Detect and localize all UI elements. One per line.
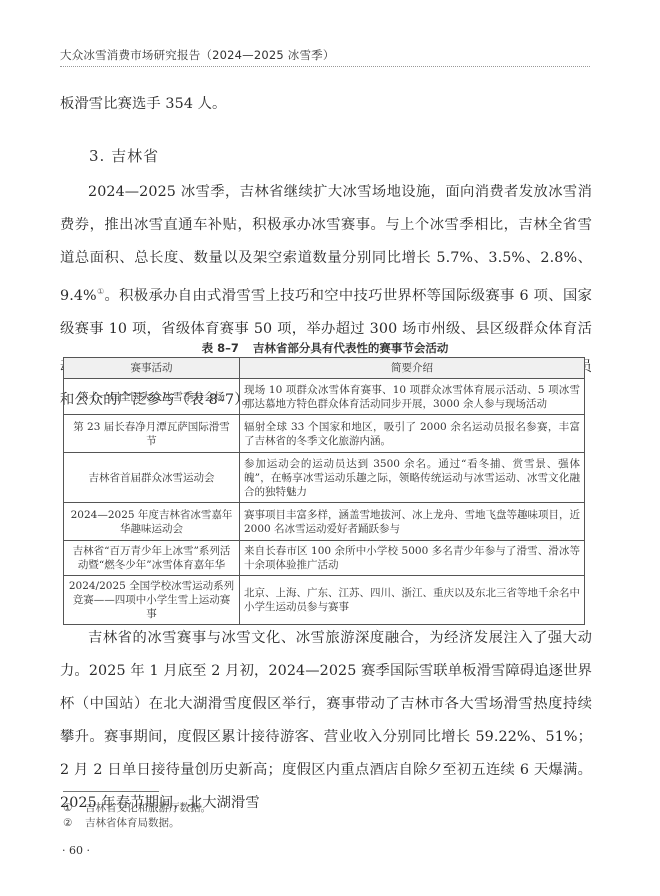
- column-header-description: 简要介绍: [240, 358, 585, 379]
- event-name: 第 23 届长春净月潭瓦萨国际滑雪节: [64, 415, 240, 453]
- event-name: 2024—2025 年度吉林省冰雪嘉年华趣味运动会: [64, 503, 240, 541]
- column-header-event: 赛事活动: [64, 358, 240, 379]
- footnote-mark: ②: [63, 817, 85, 829]
- header-divider: [60, 66, 590, 67]
- event-description: 现场 10 项群众冰雪体育赛事、10 项群众冰雪体育展示活动、5 项冰雪那达慕地…: [240, 379, 585, 415]
- paragraph-continuation: 板滑雪比赛选手 354 人。: [60, 88, 592, 121]
- table-row: 第十一届全国大众冰雪季分会场 现场 10 项群众冰雪体育赛事、10 项群众冰雪体…: [64, 379, 585, 415]
- event-description: 辐射全球 33 个国家和地区，吸引了 2000 余名运动员报名参赛，丰富了吉林省…: [240, 415, 585, 453]
- paragraph-text: 2024—2025 冰雪季，吉林省继续扩大冰雪场地设施，面向消费者发放冰雪消费券…: [60, 184, 592, 304]
- table-row: 2024—2025 年度吉林省冰雪嘉年华趣味运动会 赛事项目丰富多样，涵盖雪地拔…: [64, 503, 585, 541]
- event-name: 吉林省“百万青少年上冰雪”系列活动暨“燃冬少年”冰雪体育嘉年华: [64, 541, 240, 576]
- footnote-2: ②吉林省体育局数据。: [63, 815, 180, 830]
- footnote-mark: ①: [63, 802, 85, 814]
- table-row: 吉林省首届群众冰雪运动会 参加运动会的运动员达到 3500 余名。通过“看冬捕、…: [64, 453, 585, 503]
- footnote-1: ①吉林省文化和旅游厅数据。: [63, 800, 211, 815]
- event-name: 吉林省首届群众冰雪运动会: [64, 453, 240, 503]
- footnote-text: 吉林省体育局数据。: [85, 817, 180, 829]
- table-caption: 表 8–7吉林省部分具有代表性的赛事节会活动: [60, 340, 590, 356]
- event-name: 2024/2025 全国学校冰雪运动系列竞赛——四项中小学生雪上运动赛事: [64, 576, 240, 625]
- table-title: 吉林省部分具有代表性的赛事节会活动: [253, 341, 449, 355]
- table-header-row: 赛事活动 简要介绍: [64, 358, 585, 379]
- event-description: 来自长春市区 100 余所中小学校 5000 多名青少年参与了滑雪、滑冰等十余项…: [240, 541, 585, 576]
- table-row: 2024/2025 全国学校冰雪运动系列竞赛——四项中小学生雪上运动赛事 北京、…: [64, 576, 585, 625]
- section-title: 3. 吉林省: [89, 145, 159, 166]
- footnote-divider: [63, 791, 159, 792]
- event-name: 第十一届全国大众冰雪季分会场: [64, 379, 240, 415]
- footnote-text: 吉林省文化和旅游厅数据。: [85, 802, 211, 814]
- running-header: 大众冰雪消费市场研究报告（2024—2025 冰雪季）: [60, 47, 590, 63]
- event-description: 参加运动会的运动员达到 3500 余名。通过“看冬捕、赏雪景、强体魄”，在畅享冰…: [240, 453, 585, 503]
- table-row: 第 23 届长春净月潭瓦萨国际滑雪节 辐射全球 33 个国家和地区，吸引了 20…: [64, 415, 585, 453]
- page-number: · 60 ·: [62, 844, 90, 857]
- table-number: 表 8–7: [202, 341, 239, 355]
- footnote-ref-1[interactable]: ①: [97, 287, 105, 296]
- event-description: 北京、上海、广东、江苏、四川、浙江、重庆以及东北三省等地千余名中小学生运动员参与…: [240, 576, 585, 625]
- table-row: 吉林省“百万青少年上冰雪”系列活动暨“燃冬少年”冰雪体育嘉年华 来自长春市区 1…: [64, 541, 585, 576]
- events-table: 赛事活动 简要介绍 第十一届全国大众冰雪季分会场 现场 10 项群众冰雪体育赛事…: [63, 357, 585, 625]
- event-description: 赛事项目丰富多样，涵盖雪地拔河、冰上龙舟、雪地飞盘等趣味项目，近 2000 名冰…: [240, 503, 585, 541]
